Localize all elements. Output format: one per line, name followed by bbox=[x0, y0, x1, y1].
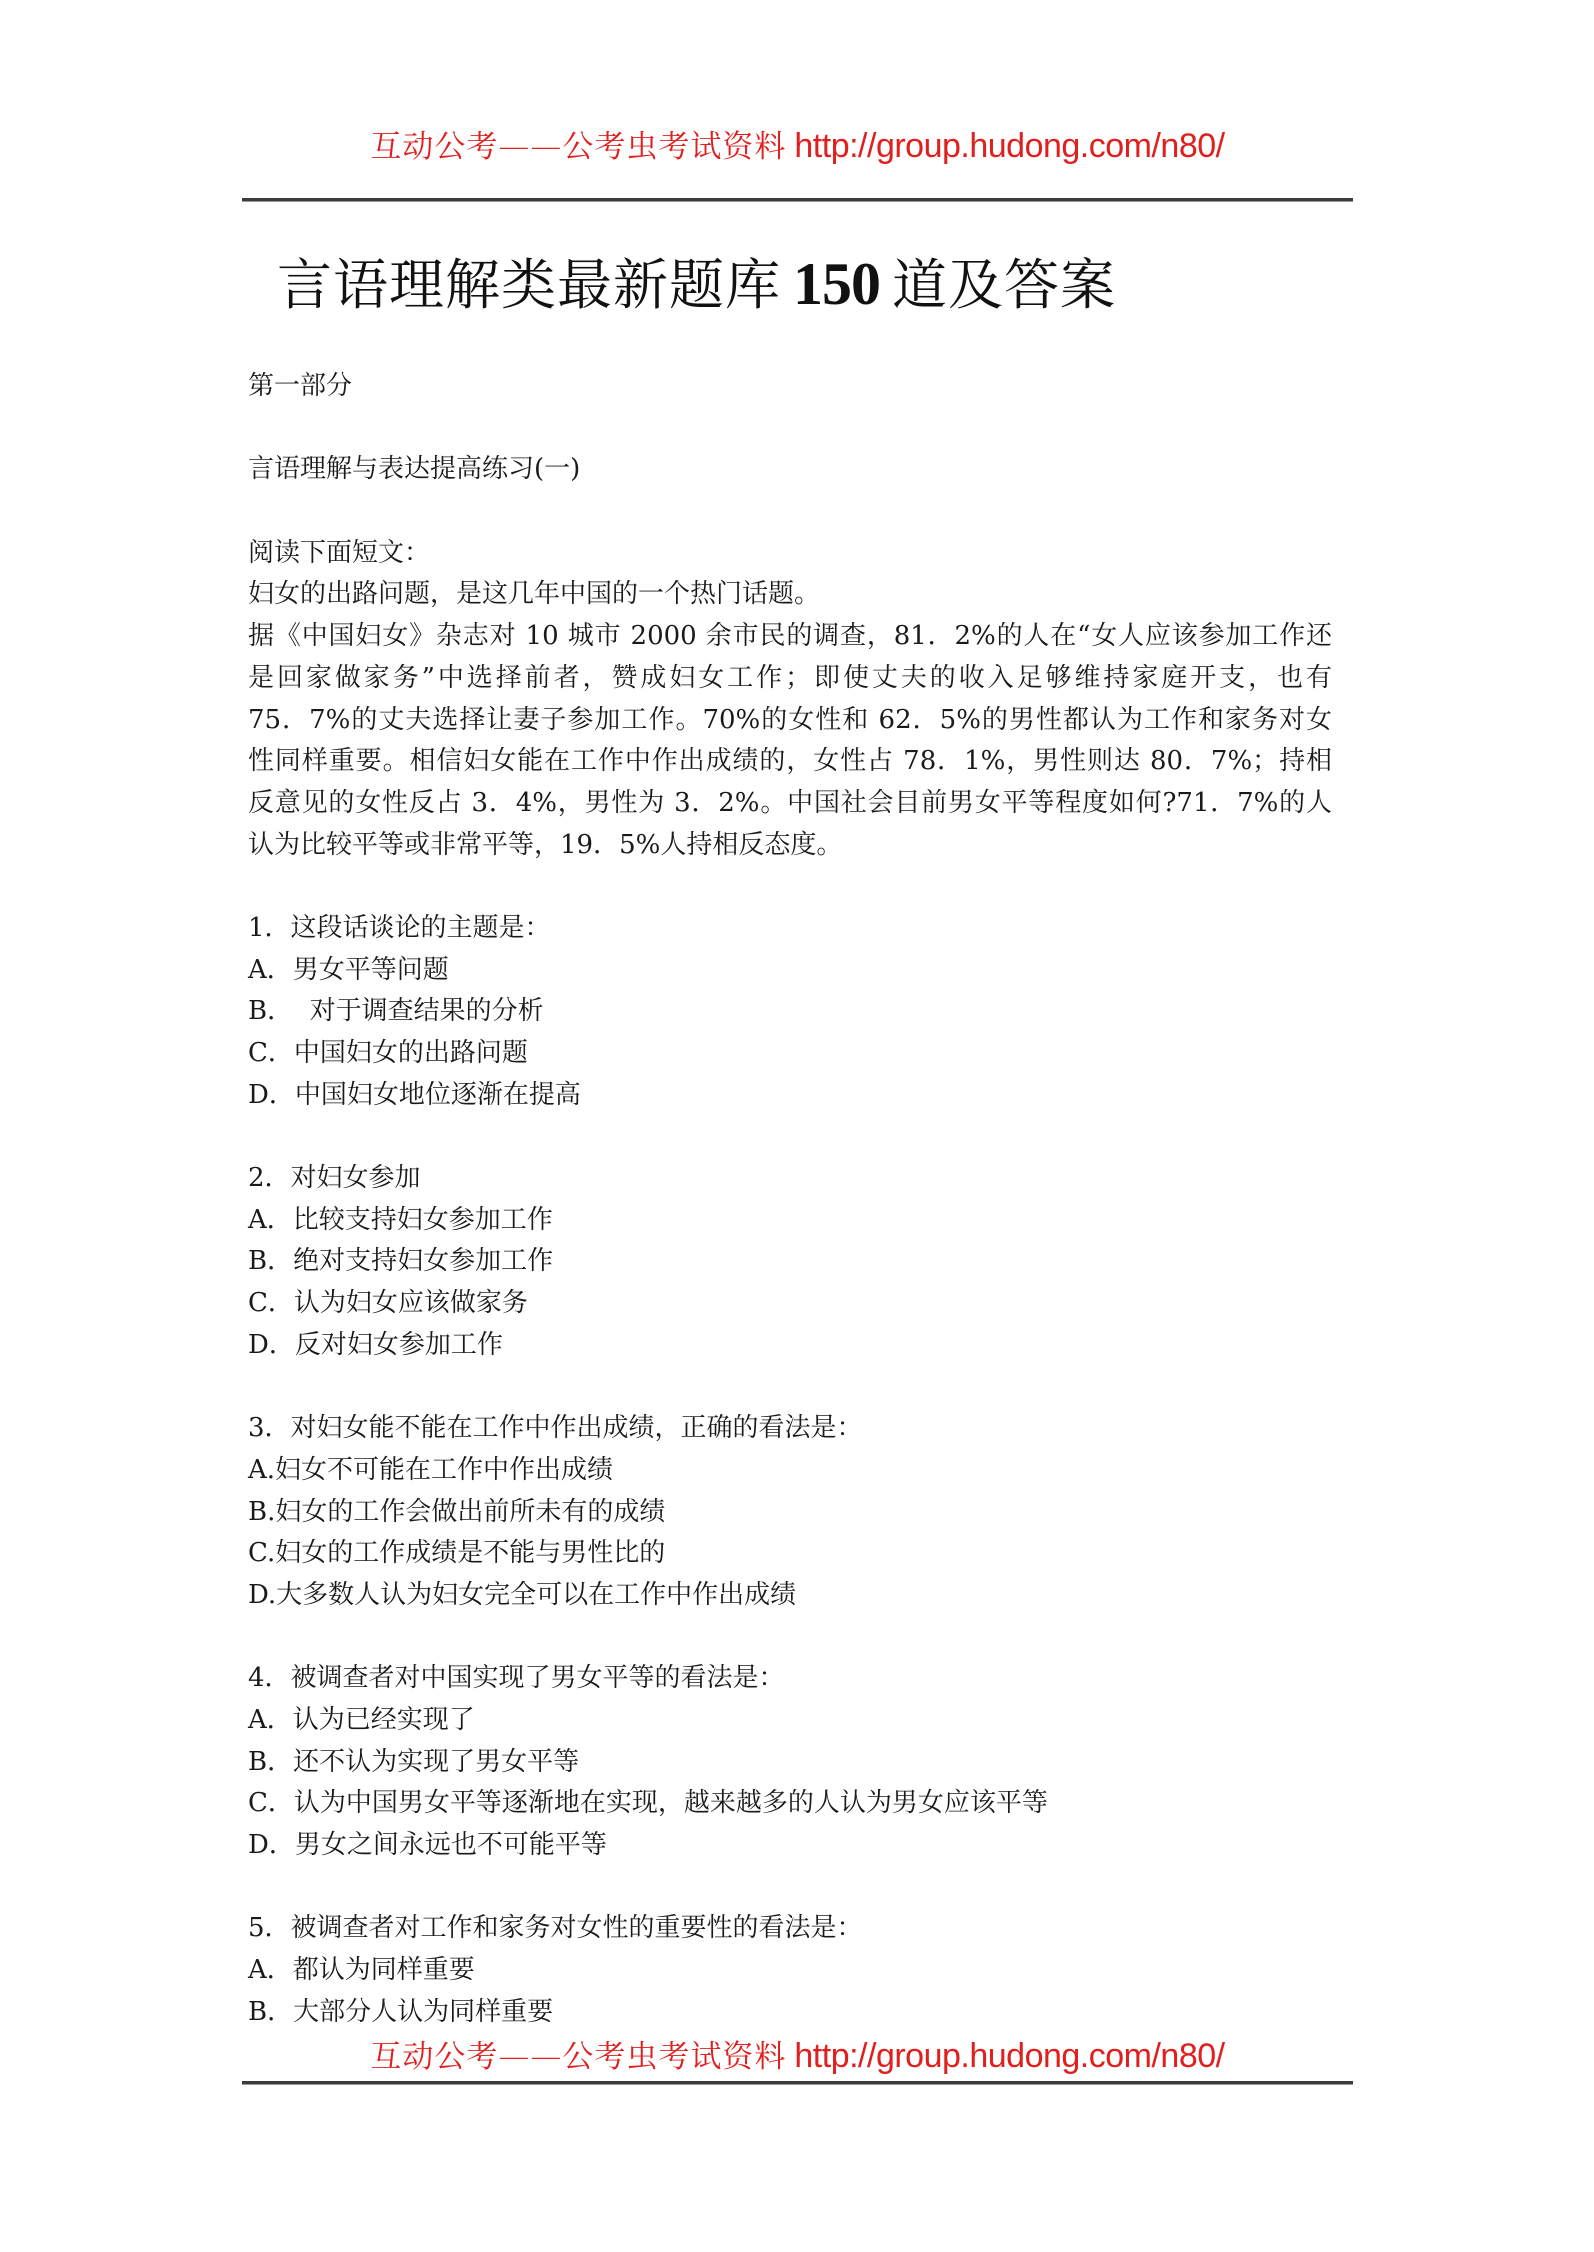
spacer bbox=[248, 1617, 1332, 1659]
subtitle: 言语理解与表达提高练习(一) bbox=[248, 449, 1332, 491]
header-banner-text: 互动公考——公考虫考试资料 bbox=[370, 129, 786, 165]
question-2: 2．对妇女参加 A．比较支持妇女参加工作 B．绝对支持妇女参加工作 C．认为妇女… bbox=[248, 1158, 1332, 1366]
option-a: A．都认为同样重要 bbox=[248, 1950, 1332, 1992]
option-a: A．男女平等问题 bbox=[248, 950, 1332, 992]
passage-line: 据《中国妇女》杂志对 10 城市 2000 余市民的调查，81．2%的人在“女人… bbox=[248, 616, 1332, 658]
question-stem: 5．被调查者对工作和家务对女性的重要性的看法是： bbox=[248, 1908, 1332, 1950]
option-b: B．大部分人认为同样重要 bbox=[248, 1992, 1332, 2034]
option-d: D．反对妇女参加工作 bbox=[248, 1325, 1332, 1367]
header-banner: 互动公考——公考虫考试资料http://group.hudong.com/n80… bbox=[242, 126, 1353, 166]
document-title: 言语理解类最新题库150道及答案 bbox=[277, 246, 1116, 322]
passage-lead: 妇女的出路问题，是这几年中国的一个热门话题。 bbox=[248, 574, 1332, 616]
header-divider bbox=[242, 198, 1353, 201]
passage-line: 性同样重要。相信妇女能在工作中作出成绩的，女性占 78．1%，男性则达 80．7… bbox=[248, 741, 1332, 783]
footer-divider bbox=[242, 2081, 1353, 2084]
option-d: D．男女之间永远也不可能平等 bbox=[248, 1825, 1332, 1867]
option-c: C．中国妇女的出路问题 bbox=[248, 1033, 1332, 1075]
instruction: 阅读下面短文： bbox=[248, 533, 1332, 575]
section-heading: 第一部分 bbox=[248, 366, 1332, 408]
question-4: 4．被调查者对中国实现了男女平等的看法是： A．认为已经实现了 B．还不认为实现… bbox=[248, 1658, 1332, 1866]
passage-line: 反意见的女性反占 3．4%，男性为 3．2%。中国社会目前男女平等程度如何?71… bbox=[248, 783, 1332, 825]
spacer bbox=[248, 1867, 1332, 1909]
option-a: A．认为已经实现了 bbox=[248, 1700, 1332, 1742]
passage-line: 是回家做家务”中选择前者，赞成妇女工作；即使丈夫的收入足够维持家庭开支，也有 bbox=[248, 658, 1332, 700]
header-banner-link[interactable]: http://group.hudong.com/n80/ bbox=[794, 127, 1224, 165]
question-stem: 3．对妇女能不能在工作中作出成绩，正确的看法是： bbox=[248, 1408, 1332, 1450]
question-stem: 2．对妇女参加 bbox=[248, 1158, 1332, 1200]
option-b: B.妇女的工作会做出前所未有的成绩 bbox=[248, 1492, 1332, 1534]
option-d: D.大多数人认为妇女完全可以在工作中作出成绩 bbox=[248, 1575, 1332, 1617]
option-c: C．认为妇女应该做家务 bbox=[248, 1283, 1332, 1325]
spacer bbox=[248, 1116, 1332, 1158]
question-5: 5．被调查者对工作和家务对女性的重要性的看法是： A．都认为同样重要 B．大部分… bbox=[248, 1908, 1332, 2033]
option-b: B．绝对支持妇女参加工作 bbox=[248, 1241, 1332, 1283]
passage-line: 75．7%的丈夫选择让妻子参加工作。70%的女性和 62．5%的男性都认为工作和… bbox=[248, 700, 1332, 742]
title-number: 150 bbox=[793, 251, 880, 317]
spacer bbox=[248, 1367, 1332, 1409]
option-a: A.妇女不可能在工作中作出成绩 bbox=[248, 1450, 1332, 1492]
title-prefix: 言语理解类最新题库 bbox=[277, 253, 781, 317]
spacer bbox=[248, 408, 1332, 450]
document-page: 互动公考——公考虫考试资料http://group.hudong.com/n80… bbox=[0, 0, 1594, 2252]
option-d: D．中国妇女地位逐渐在提高 bbox=[248, 1075, 1332, 1117]
question-3: 3．对妇女能不能在工作中作出成绩，正确的看法是： A.妇女不可能在工作中作出成绩… bbox=[248, 1408, 1332, 1616]
question-stem: 4．被调查者对中国实现了男女平等的看法是： bbox=[248, 1658, 1332, 1700]
footer-banner-link[interactable]: http://group.hudong.com/n80/ bbox=[794, 2037, 1224, 2075]
option-b: B． 对于调查结果的分析 bbox=[248, 991, 1332, 1033]
passage-line: 认为比较平等或非常平等，19．5%人持相反态度。 bbox=[248, 825, 1332, 867]
passage: 妇女的出路问题，是这几年中国的一个热门话题。 据《中国妇女》杂志对 10 城市 … bbox=[248, 574, 1332, 866]
spacer bbox=[248, 866, 1332, 908]
title-suffix: 道及答案 bbox=[892, 253, 1116, 317]
option-b: B．还不认为实现了男女平等 bbox=[248, 1742, 1332, 1784]
question-1: 1．这段话谈论的主题是： A．男女平等问题 B． 对于调查结果的分析 C．中国妇… bbox=[248, 908, 1332, 1116]
footer-banner: 互动公考——公考虫考试资料http://group.hudong.com/n80… bbox=[242, 2036, 1353, 2076]
option-c: C.妇女的工作成绩是不能与男性比的 bbox=[248, 1533, 1332, 1575]
document-body: 第一部分 言语理解与表达提高练习(一) 阅读下面短文： 妇女的出路问题，是这几年… bbox=[248, 366, 1332, 2034]
footer-banner-text: 互动公考——公考虫考试资料 bbox=[370, 2039, 786, 2075]
option-c: C．认为中国男女平等逐渐地在实现，越来越多的人认为男女应该平等 bbox=[248, 1783, 1332, 1825]
option-a: A．比较支持妇女参加工作 bbox=[248, 1200, 1332, 1242]
spacer bbox=[248, 491, 1332, 533]
question-stem: 1．这段话谈论的主题是： bbox=[248, 908, 1332, 950]
